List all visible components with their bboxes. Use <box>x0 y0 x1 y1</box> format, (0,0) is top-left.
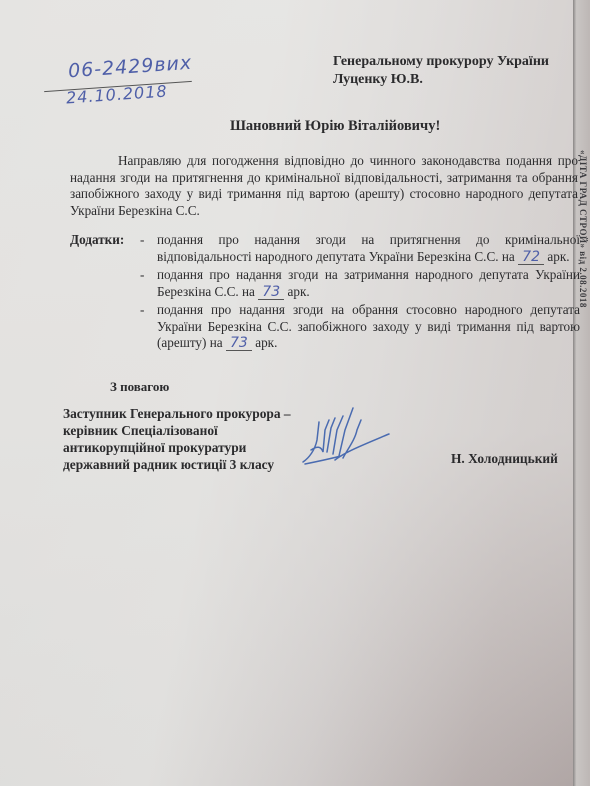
body-paragraph: Направляю для погодження відповідно до ч… <box>70 153 578 219</box>
handwritten-page-count: 73 <box>258 286 284 300</box>
attachment-suffix: арк. <box>255 335 277 350</box>
handwritten-page-count: 73 <box>226 337 252 351</box>
signer-title-line: Заступник Генерального прокурора – <box>63 405 291 422</box>
closing-phrase: З повагою <box>110 379 169 395</box>
signer-title-line: антикорупційної прокуратури <box>63 439 291 456</box>
attachment-suffix: арк. <box>288 284 310 299</box>
attachments-label: Додатки: <box>70 232 124 248</box>
handwritten-page-count: 72 <box>518 251 544 265</box>
attachment-text: подання про надання згоди на обрання сто… <box>157 302 580 350</box>
list-dash: - <box>140 302 144 319</box>
attachment-item: - подання про надання згоди на обрання с… <box>140 302 580 352</box>
attachment-text: подання про надання згоди на затримання … <box>157 267 580 299</box>
attachment-suffix: арк. <box>547 249 569 264</box>
signer-title-line: державний радник юстиції 3 класу <box>63 456 291 473</box>
attachment-item: - подання про надання згоди на притягнен… <box>140 232 580 265</box>
addressee-line: Генеральному прокурору України <box>333 53 549 71</box>
signer-title-block: Заступник Генерального прокурора – керів… <box>63 405 291 473</box>
addressee-block: Генеральному прокурору України Луценку Ю… <box>333 53 549 89</box>
signer-title-line: керівник Спеціалізованої <box>63 422 291 439</box>
handwritten-signature <box>295 400 395 470</box>
addressee-line: Луценку Ю.В. <box>333 71 549 89</box>
attachment-text: подання про надання згоди на притягнення… <box>157 232 580 264</box>
attachment-item: - подання про надання згоди на затриманн… <box>140 267 580 300</box>
list-dash: - <box>140 267 144 284</box>
signer-name: Н. Холодницький <box>451 451 558 467</box>
attachments-list: - подання про надання згоди на притягнен… <box>140 232 580 354</box>
salutation: Шановний Юрію Віталійовичу! <box>230 118 440 135</box>
list-dash: - <box>140 232 144 249</box>
